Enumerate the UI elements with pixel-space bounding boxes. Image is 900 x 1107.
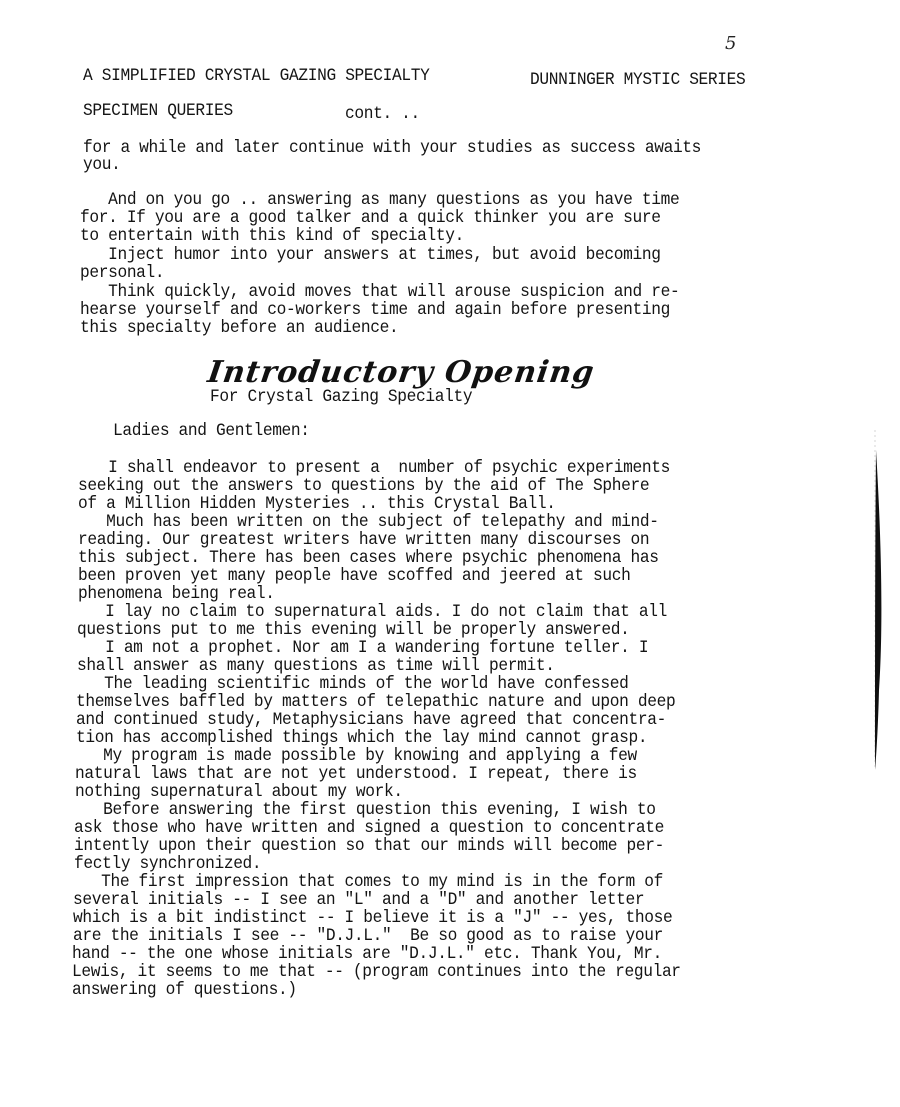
text-line: fectly synchronized. — [74, 854, 261, 873]
page-number: 5 — [725, 33, 736, 54]
text-line: The leading scientific minds of the worl… — [76, 674, 628, 693]
text-line: reading. Our greatest writers have writt… — [78, 530, 649, 549]
text-line: themselves baffled by matters of telepat… — [76, 692, 675, 711]
text-line: which is a bit indistinct -- I believe i… — [73, 908, 672, 927]
text-line: of a Million Hidden Mysteries .. this Cr… — [78, 494, 556, 513]
header-right-title: DUNNINGER MYSTIC SERIES — [530, 70, 745, 89]
text-line: nothing supernatural about my work. — [75, 782, 403, 801]
text-line: I lay no claim to supernatural aids. I d… — [77, 602, 667, 621]
text-line: hearse yourself and co-workers time and … — [80, 300, 670, 319]
text-line: several initials -- I see an "L" and a "… — [73, 890, 644, 909]
text-line: Inject humor into your answers at times,… — [80, 245, 661, 264]
text-line: I shall endeavor to present a number of … — [80, 458, 670, 477]
text-line: Lewis, it seems to me that -- (program c… — [72, 962, 681, 981]
text-line: My program is made possible by knowing a… — [75, 746, 637, 765]
text-line: The first impression that comes to my mi… — [73, 872, 663, 891]
text-line: for. If you are a good talker and a quic… — [80, 208, 661, 227]
continuation-label: cont. .. — [345, 104, 420, 123]
text-line: intently upon their question so that our… — [74, 836, 664, 855]
text-line: to entertain with this kind of specialty… — [80, 226, 464, 245]
text-line: been proven yet many people have scoffed… — [78, 566, 630, 585]
text-line: Before answering the first question this… — [75, 800, 656, 819]
section-subheading: For Crystal Gazing Specialty — [210, 387, 472, 406]
binding-shadow-mark — [872, 430, 884, 770]
text-line: you. — [83, 155, 120, 174]
text-line: this specialty before an audience. — [80, 318, 398, 337]
text-line: phenomena being real. — [78, 584, 275, 603]
text-line: this subject. There has been cases where… — [78, 548, 659, 567]
text-line: questions put to me this evening will be… — [77, 620, 629, 639]
text-line: and continued study, Metaphysicians have… — [76, 710, 666, 729]
salutation: Ladies and Gentlemen: — [113, 421, 310, 440]
document-page: 5 A SIMPLIFIED CRYSTAL GAZING SPECIALTY … — [0, 0, 900, 1107]
section-label: SPECIMEN QUERIES — [83, 101, 233, 120]
text-line: tion has accomplished things which the l… — [76, 728, 647, 747]
text-line: shall answer as many questions as time w… — [77, 656, 555, 675]
text-line: seeking out the answers to questions by … — [78, 476, 649, 495]
header-left-title: A SIMPLIFIED CRYSTAL GAZING SPECIALTY — [83, 66, 429, 85]
text-line: Think quickly, avoid moves that will aro… — [80, 282, 679, 301]
text-line: hand -- the one whose initials are "D.J.… — [72, 944, 662, 963]
text-line: are the initials I see -- "D.J.L." Be so… — [73, 926, 663, 945]
text-line: personal. — [80, 263, 164, 282]
text-line: Much has been written on the subject of … — [78, 512, 659, 531]
text-line: I am not a prophet. Nor am I a wandering… — [77, 638, 648, 657]
text-line: answering of questions.) — [72, 980, 297, 999]
section-heading: Introductory Opening — [206, 355, 597, 390]
text-line: for a while and later continue with your… — [83, 138, 701, 157]
text-line: natural laws that are not yet understood… — [75, 764, 637, 783]
text-line: And on you go .. answering as many quest… — [80, 190, 679, 209]
text-line: ask those who have written and signed a … — [74, 818, 664, 837]
